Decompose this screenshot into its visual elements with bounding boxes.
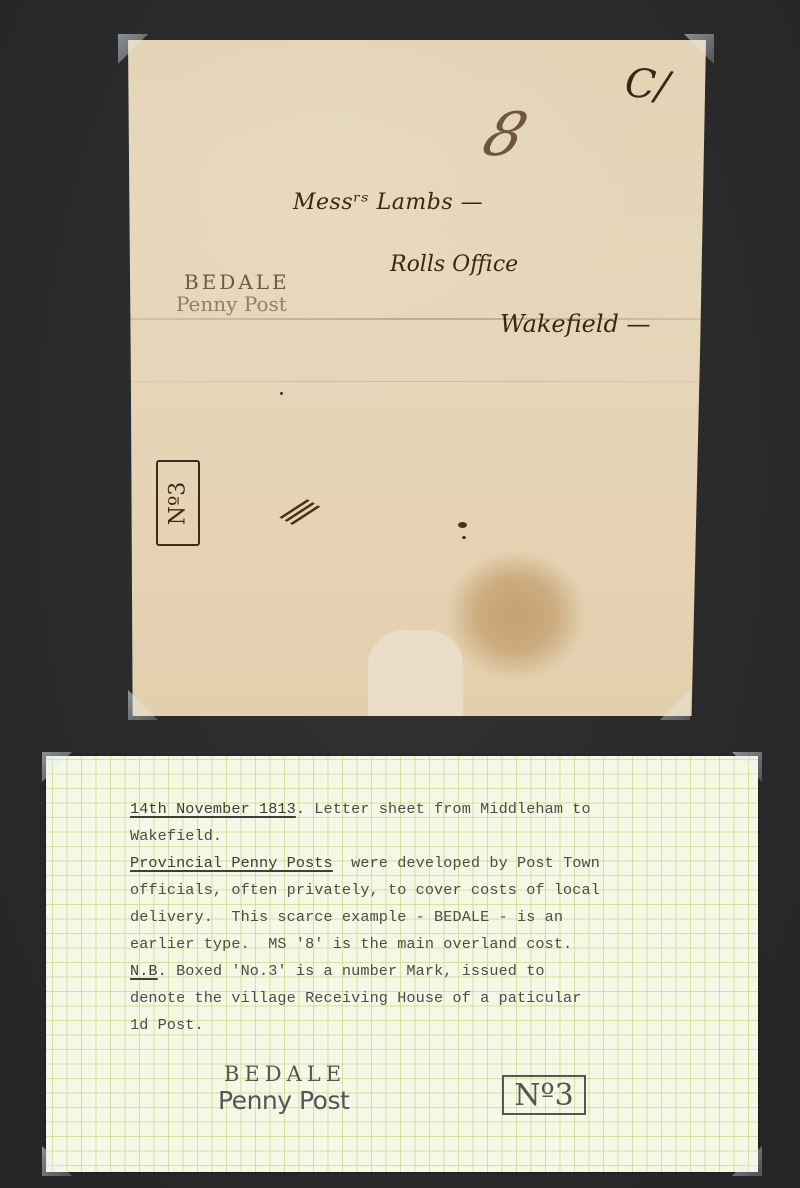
- postmark-town: BEDALE: [150, 272, 290, 292]
- description-line: denote the village Receiving House of a …: [130, 985, 730, 1012]
- description-line: delivery. This scarce example - BEDALE -…: [130, 904, 730, 931]
- illustration-bedale-postmark: BEDALE Penny Post: [218, 1064, 349, 1113]
- boxed-number-mark: Nº3: [156, 460, 200, 546]
- line-text: earlier type. MS '8' is the main overlan…: [130, 935, 572, 953]
- illustration-service: Penny Post: [218, 1088, 349, 1113]
- line-text: officials, often privately, to cover cos…: [130, 881, 600, 899]
- album-page: C/ 8 Messʳˢ Lambs — Rolls Office Wakefie…: [0, 0, 800, 1188]
- description-line: earlier type. MS '8' is the main overlan…: [130, 931, 730, 958]
- addressee: Messʳˢ Lambs —: [293, 190, 483, 215]
- line-text: were developed by Post Town: [333, 854, 600, 872]
- line-text: 1d Post.: [130, 1016, 204, 1034]
- description-line: officials, often privately, to cover cos…: [130, 877, 730, 904]
- line-text: . Letter sheet from Middleham to: [296, 800, 591, 818]
- description-line: 14th November 1813. Letter sheet from Mi…: [130, 796, 730, 823]
- ink-speck: [458, 522, 467, 528]
- postmark-service: Penny Post: [150, 294, 290, 314]
- description-line: Provincial Penny Posts were developed by…: [130, 850, 730, 877]
- date-underlined: 14th November 1813: [130, 800, 296, 818]
- manuscript-strokes: ///: [279, 488, 315, 533]
- address-town: Wakefield —: [500, 310, 651, 338]
- paper-stain: [368, 630, 463, 716]
- description-card: 14th November 1813. Letter sheet from Mi…: [46, 756, 758, 1172]
- heading-underlined: Provincial Penny Posts: [130, 854, 333, 872]
- fold-crease: [128, 381, 706, 382]
- rate-mark: C/: [623, 60, 672, 110]
- ink-speck: [462, 536, 466, 539]
- illustration-number-text: Nº3: [514, 1078, 573, 1113]
- address-office: Rolls Office: [390, 252, 518, 277]
- ink-speck: [280, 392, 283, 395]
- line-text: delivery. This scarce example - BEDALE -…: [130, 908, 563, 926]
- nb-underlined: N.B: [130, 962, 158, 980]
- description-line: Wakefield.: [130, 823, 730, 850]
- number-mark-text: Nº3: [166, 481, 191, 525]
- line-text: denote the village Receiving House of a …: [130, 989, 582, 1007]
- description-line: 1d Post.: [130, 1012, 730, 1039]
- line-text: . Boxed 'No.3' is a number Mark, issued …: [158, 962, 545, 980]
- letter-sheet: C/ 8 Messʳˢ Lambs — Rolls Office Wakefie…: [128, 40, 706, 716]
- illustration-number-mark: Nº3: [502, 1075, 586, 1115]
- bedale-penny-post-handstamp: BEDALE Penny Post: [150, 272, 290, 314]
- overland-cost-mark: 8: [475, 100, 536, 170]
- description-text: 14th November 1813. Letter sheet from Mi…: [130, 796, 730, 1039]
- illustration-town: BEDALE: [218, 1064, 349, 1085]
- description-line: N.B. Boxed 'No.3' is a number Mark, issu…: [130, 958, 730, 985]
- line-text: Wakefield.: [130, 827, 222, 845]
